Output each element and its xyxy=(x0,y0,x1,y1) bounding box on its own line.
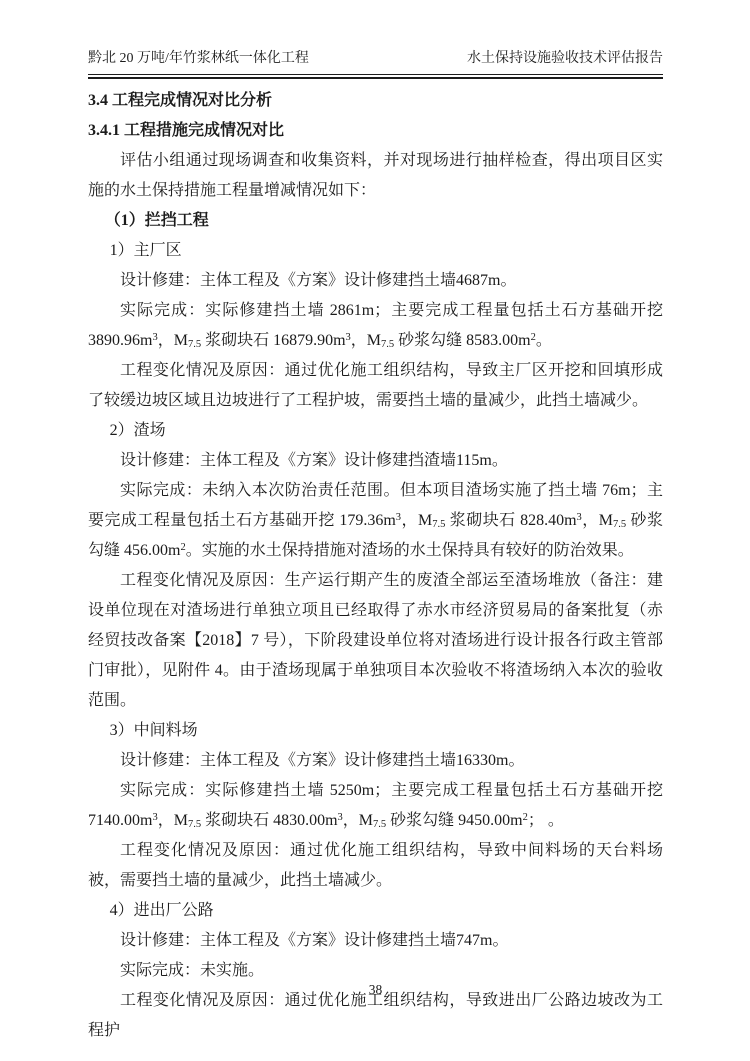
header-left-title: 黔北 20 万吨/年竹浆林纸一体化工程 xyxy=(88,49,309,69)
sub-item-heading: 3）中间料场 xyxy=(88,716,663,746)
paragraph: 实际完成：实际修建挡土墙 2861m；主要完成工程量包括土石方基础开挖 3890… xyxy=(88,296,663,356)
block-heading: （1）拦挡工程 xyxy=(88,206,663,236)
section-heading: 3.4 工程完成情况对比分析 xyxy=(88,86,663,116)
superscript: 3 xyxy=(152,332,157,343)
subsection-heading: 3.4.1 工程措施完成情况对比 xyxy=(88,116,663,146)
page-header: 黔北 20 万吨/年竹浆林纸一体化工程 水土保持设施验收技术评估报告 xyxy=(88,49,663,69)
paragraph: 评估小组通过现场调查和收集资料，并对现场进行抽样检查，得出项目区实施的水土保持措… xyxy=(88,146,663,206)
superscript: 3 xyxy=(396,512,401,523)
superscript: 3 xyxy=(577,512,582,523)
paragraph: 设计修建：主体工程及《方案》设计修建挡土墙16330m。 xyxy=(88,746,663,776)
subscript: 7.5 xyxy=(188,339,201,350)
paragraph: 工程变化情况及原因：生产运行期产生的废渣全部运至渣场堆放（备注：建设单位现在对渣… xyxy=(88,566,663,716)
header-right-title: 水土保持设施验收技术评估报告 xyxy=(467,49,663,69)
subscript: 7.5 xyxy=(373,819,386,830)
subscript: 7.5 xyxy=(381,339,394,350)
paragraph: 设计修建：主体工程及《方案》设计修建挡土墙747m。 xyxy=(88,926,663,956)
superscript: 2 xyxy=(531,332,536,343)
superscript: 2 xyxy=(523,812,528,823)
document-body: 3.4 工程完成情况对比分析3.4.1 工程措施完成情况对比评估小组通过现场调查… xyxy=(88,86,663,1046)
page-number: 38 xyxy=(369,982,383,997)
document-page: 黔北 20 万吨/年竹浆林纸一体化工程 水土保持设施验收技术评估报告 3.4 工… xyxy=(0,0,750,1061)
paragraph: 设计修建：主体工程及《方案》设计修建挡土墙4687m。 xyxy=(88,266,663,296)
sub-item-heading: 1）主厂区 xyxy=(88,236,663,266)
superscript: 3 xyxy=(346,332,351,343)
superscript: 2 xyxy=(180,542,185,553)
paragraph: 工程变化情况及原因：通过优化施工组织结构，导致主厂区开挖和回填形成了较缓边坡区域… xyxy=(88,356,663,416)
paragraph: 设计修建：主体工程及《方案》设计修建挡渣墙115m。 xyxy=(88,446,663,476)
subscript: 7.5 xyxy=(613,519,626,530)
sub-item-heading: 4）进出厂公路 xyxy=(88,896,663,926)
page-footer: 38 xyxy=(88,981,663,999)
paragraph: 实际完成：实际修建挡土墙 5250m；主要完成工程量包括土石方基础开挖 7140… xyxy=(88,776,663,836)
superscript: 3 xyxy=(338,812,343,823)
subscript: 7.5 xyxy=(432,519,445,530)
paragraph: 实际完成：未纳入本次防治责任范围。但本项目渣场实施了挡土墙 76m；主要完成工程… xyxy=(88,476,663,566)
header-rule xyxy=(88,74,663,79)
paragraph: 工程变化情况及原因：通过优化施工组织结构，导致中间料场的天台料场被，需要挡土墙的… xyxy=(88,836,663,896)
subscript: 7.5 xyxy=(188,819,201,830)
superscript: 3 xyxy=(152,812,157,823)
sub-item-heading: 2）渣场 xyxy=(88,416,663,446)
